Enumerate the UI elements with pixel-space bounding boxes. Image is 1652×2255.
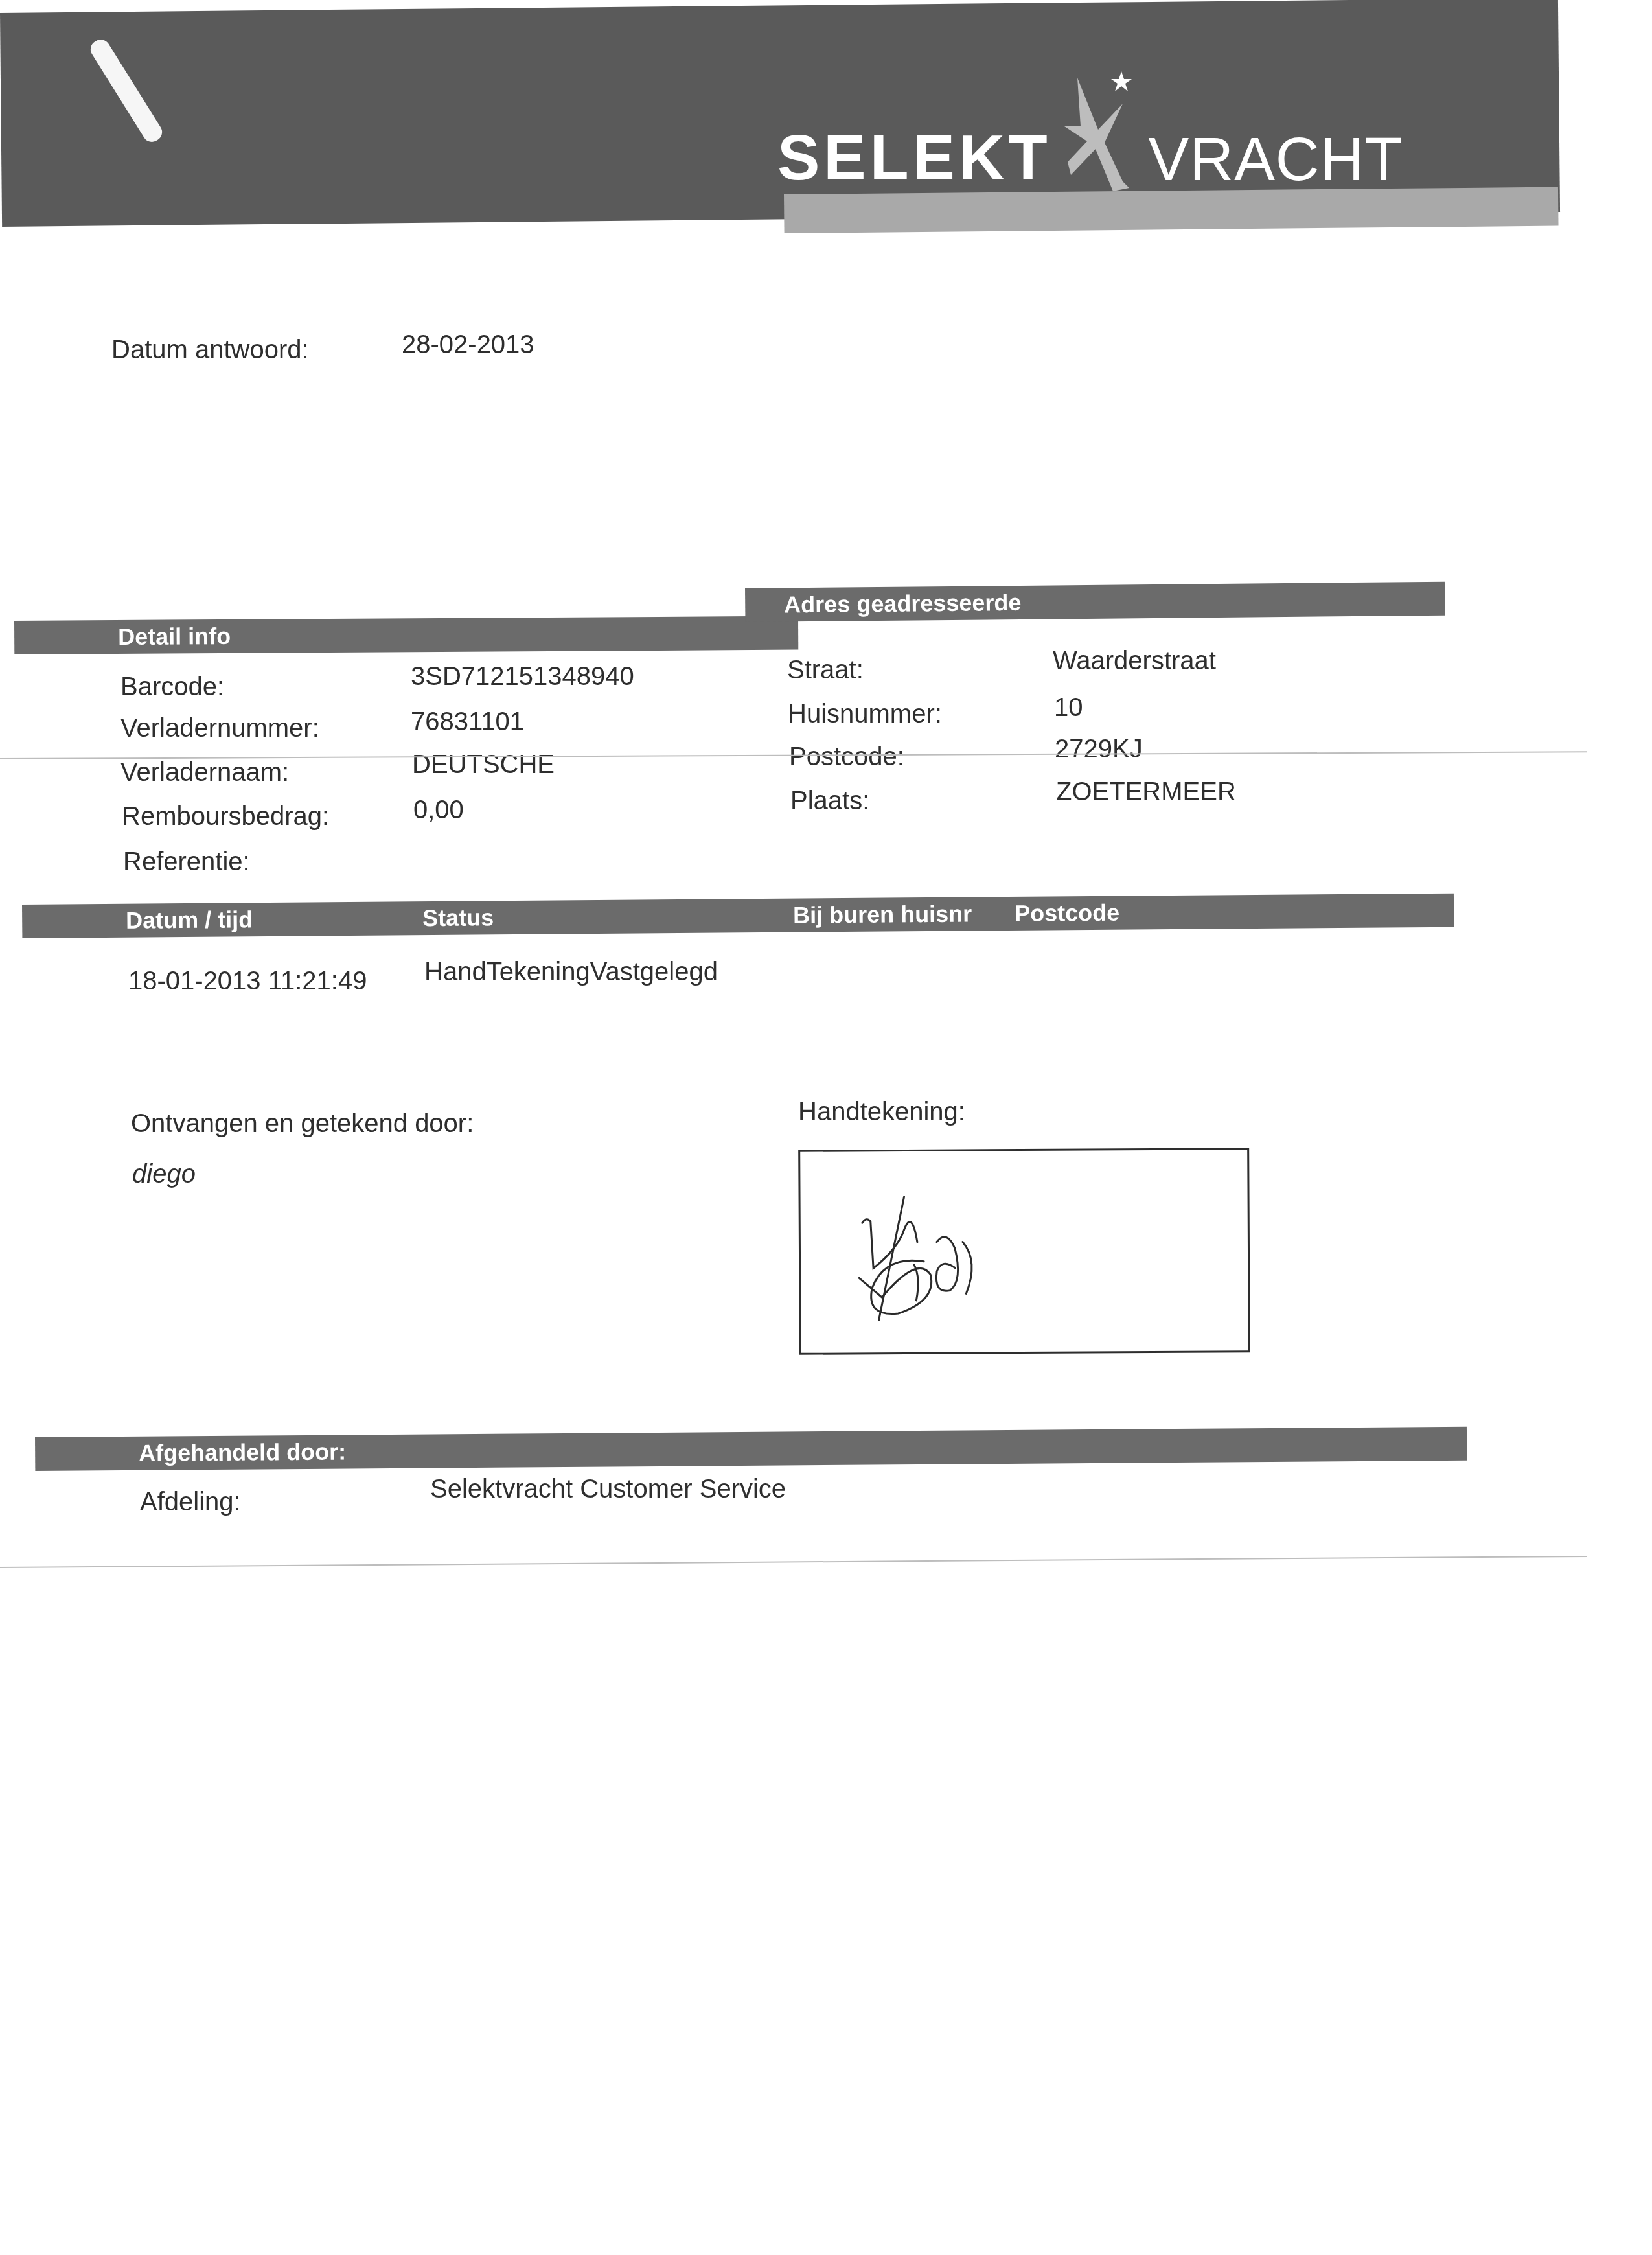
star-figure-logo-icon	[1051, 84, 1149, 194]
delivery-proof-document: SELEKT VRACHT Datum antwoord: 28-02-2013…	[0, 0, 1652, 2255]
column-neighbour-house-no: Bij buren huisnr	[793, 900, 972, 929]
brand-logo: SELEKT VRACHT	[777, 91, 1403, 194]
city-label: Plaats:	[790, 787, 869, 816]
street-value: Waarderstraat	[1053, 647, 1216, 676]
detail-info-header: Detail info	[14, 616, 798, 654]
reference-label: Referentie:	[123, 848, 250, 877]
barcode-value: 3SD712151348940	[411, 662, 634, 691]
received-by-value: diego	[132, 1160, 196, 1189]
department-value: Selektvracht Customer Service	[430, 1475, 786, 1504]
column-postcode: Postcode	[1015, 899, 1119, 927]
shipper-name-value: DEUTSCHE	[412, 750, 555, 780]
signature-box	[798, 1148, 1250, 1355]
column-datetime: Datum / tijd	[126, 906, 253, 934]
status-table-header: Datum / tijd Status Bij buren huisnr Pos…	[22, 894, 1454, 938]
brand-name-right: VRACHT	[1149, 124, 1403, 194]
row-datetime: 18-01-2013 11:21:49	[128, 967, 367, 996]
barcode-label: Barcode:	[120, 673, 224, 702]
row-status: HandTekeningVastgelegd	[424, 958, 718, 987]
cod-amount-value: 0,00	[413, 796, 464, 825]
house-number-label: Huisnummer:	[788, 700, 942, 729]
house-number-value: 10	[1054, 693, 1083, 723]
signature-label: Handtekening:	[798, 1098, 965, 1127]
postcode-value: 2729KJ	[1055, 735, 1143, 764]
column-status: Status	[422, 904, 494, 932]
shipper-number-label: Verladernummer:	[120, 714, 319, 743]
cod-amount-label: Rembours­bedrag:	[122, 802, 329, 831]
shipper-number-value: 76831101	[411, 708, 524, 737]
address-header: Adres geadresseerde	[745, 582, 1445, 622]
brand-name-left: SELEKT	[777, 121, 1051, 194]
detail-info-title: Detail info	[118, 623, 231, 651]
received-by-label: Ontvangen en getekend door:	[131, 1109, 474, 1139]
response-date-value: 28-02-2013	[402, 330, 534, 360]
handled-by-title: Afgehandeld door:	[139, 1438, 346, 1466]
paper-fold-line	[0, 1556, 1587, 1568]
response-date-label: Datum antwoord:	[111, 336, 309, 365]
shipper-name-label: Verladernaam:	[120, 758, 289, 787]
address-title: Adres geadresseerde	[784, 589, 1022, 619]
handled-by-header: Afgehandeld door:	[35, 1427, 1467, 1471]
city-value: ZOETERMEER	[1056, 778, 1236, 807]
department-label: Afdeling:	[140, 1488, 241, 1517]
postcode-label: Postcode:	[789, 743, 904, 772]
signature-scribble-icon	[800, 1150, 1248, 1353]
street-label: Straat:	[787, 656, 864, 685]
